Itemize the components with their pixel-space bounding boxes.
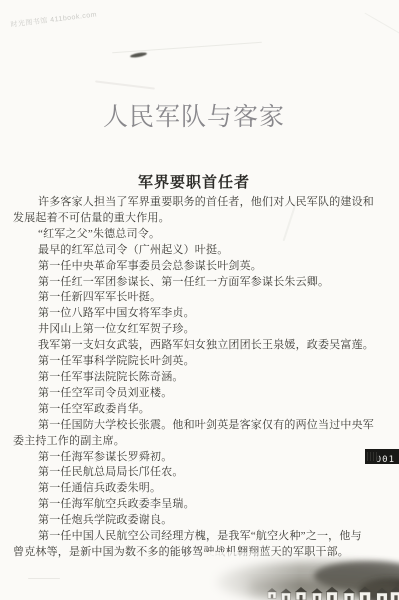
text-line: 第一任海军参谋长罗舜初。 (13, 450, 383, 466)
text-line: 井冈山上第一位女红军贺子珍。 (13, 322, 383, 338)
village-illustration (204, 552, 399, 600)
text-line: “红军之父”朱德总司令。 (13, 227, 383, 243)
section-heading: 军界要职首任者 (138, 171, 250, 192)
text-line: 第一任通信兵政委朱明。 (13, 481, 383, 497)
page-title: 人民军队与客家 (103, 97, 285, 133)
text-line: 第一任海军航空兵政委李呈瑞。 (13, 497, 383, 513)
text-line: 第一任空军政委肖华。 (13, 402, 383, 418)
text-line: 第一任军事法院院长陈奇涵。 (13, 370, 383, 386)
scan-streak (112, 42, 262, 53)
text-line: 发展起着不可估量的重大作用。 (13, 211, 383, 227)
text-line: 我军第一支妇女武装，西路军妇女独立团团长王泉媛，政委吴富莲。 (13, 338, 383, 354)
scan-streak (95, 80, 155, 89)
ink-smudge (130, 52, 147, 59)
text-line: 第一任炮兵学院政委谢良。 (13, 513, 383, 529)
text-line: 第一任国防大学校长张震。他和叶剑英是客家仅有的两位当过中央军 (13, 418, 383, 434)
text-line: 第一任军事科学院院长叶剑英。 (13, 354, 383, 370)
text-line: 第一任中央革命军事委员会总参谋长叶剑英。 (13, 259, 383, 275)
page-number: 001 (376, 455, 395, 465)
text-line: 第一任新四军军长叶挺。 (13, 290, 383, 306)
book-page: 时光图书馆 411book.com 人民军队与客家 军界要职首任者 许多客家人担… (0, 0, 399, 600)
text-line: 许多客家人担当了军界重要职务的首任者，他们对人民军队的建设和 (13, 195, 383, 211)
text-line: 第一任空军司令员刘亚楼。 (13, 386, 383, 402)
text-line: 第一任中国人民航空公司经理方槐，是我军“航空火种”之一，他与 (13, 529, 383, 545)
text-line: 第一任红一军团参谋长、第一任红一方面军参谋长朱云卿。 (13, 275, 383, 291)
text-line: 委主持工作的副主席。 (13, 434, 383, 450)
watermark: 时光图书馆 411book.com (10, 9, 98, 30)
scan-streak (28, 578, 60, 579)
body-text: 许多客家人担当了军界重要职务的首任者，他们对人民军队的建设和 发展起着不可估量的… (13, 195, 383, 561)
text-line: 最早的红军总司令（广州起义）叶挺。 (13, 243, 383, 259)
text-line: 第一位八路军中国女将军李贞。 (13, 306, 383, 322)
scan-streak (364, 13, 399, 49)
page-number-badge: 001 (365, 449, 399, 464)
text-line: 第一任民航总局局长邝任农。 (13, 465, 383, 481)
